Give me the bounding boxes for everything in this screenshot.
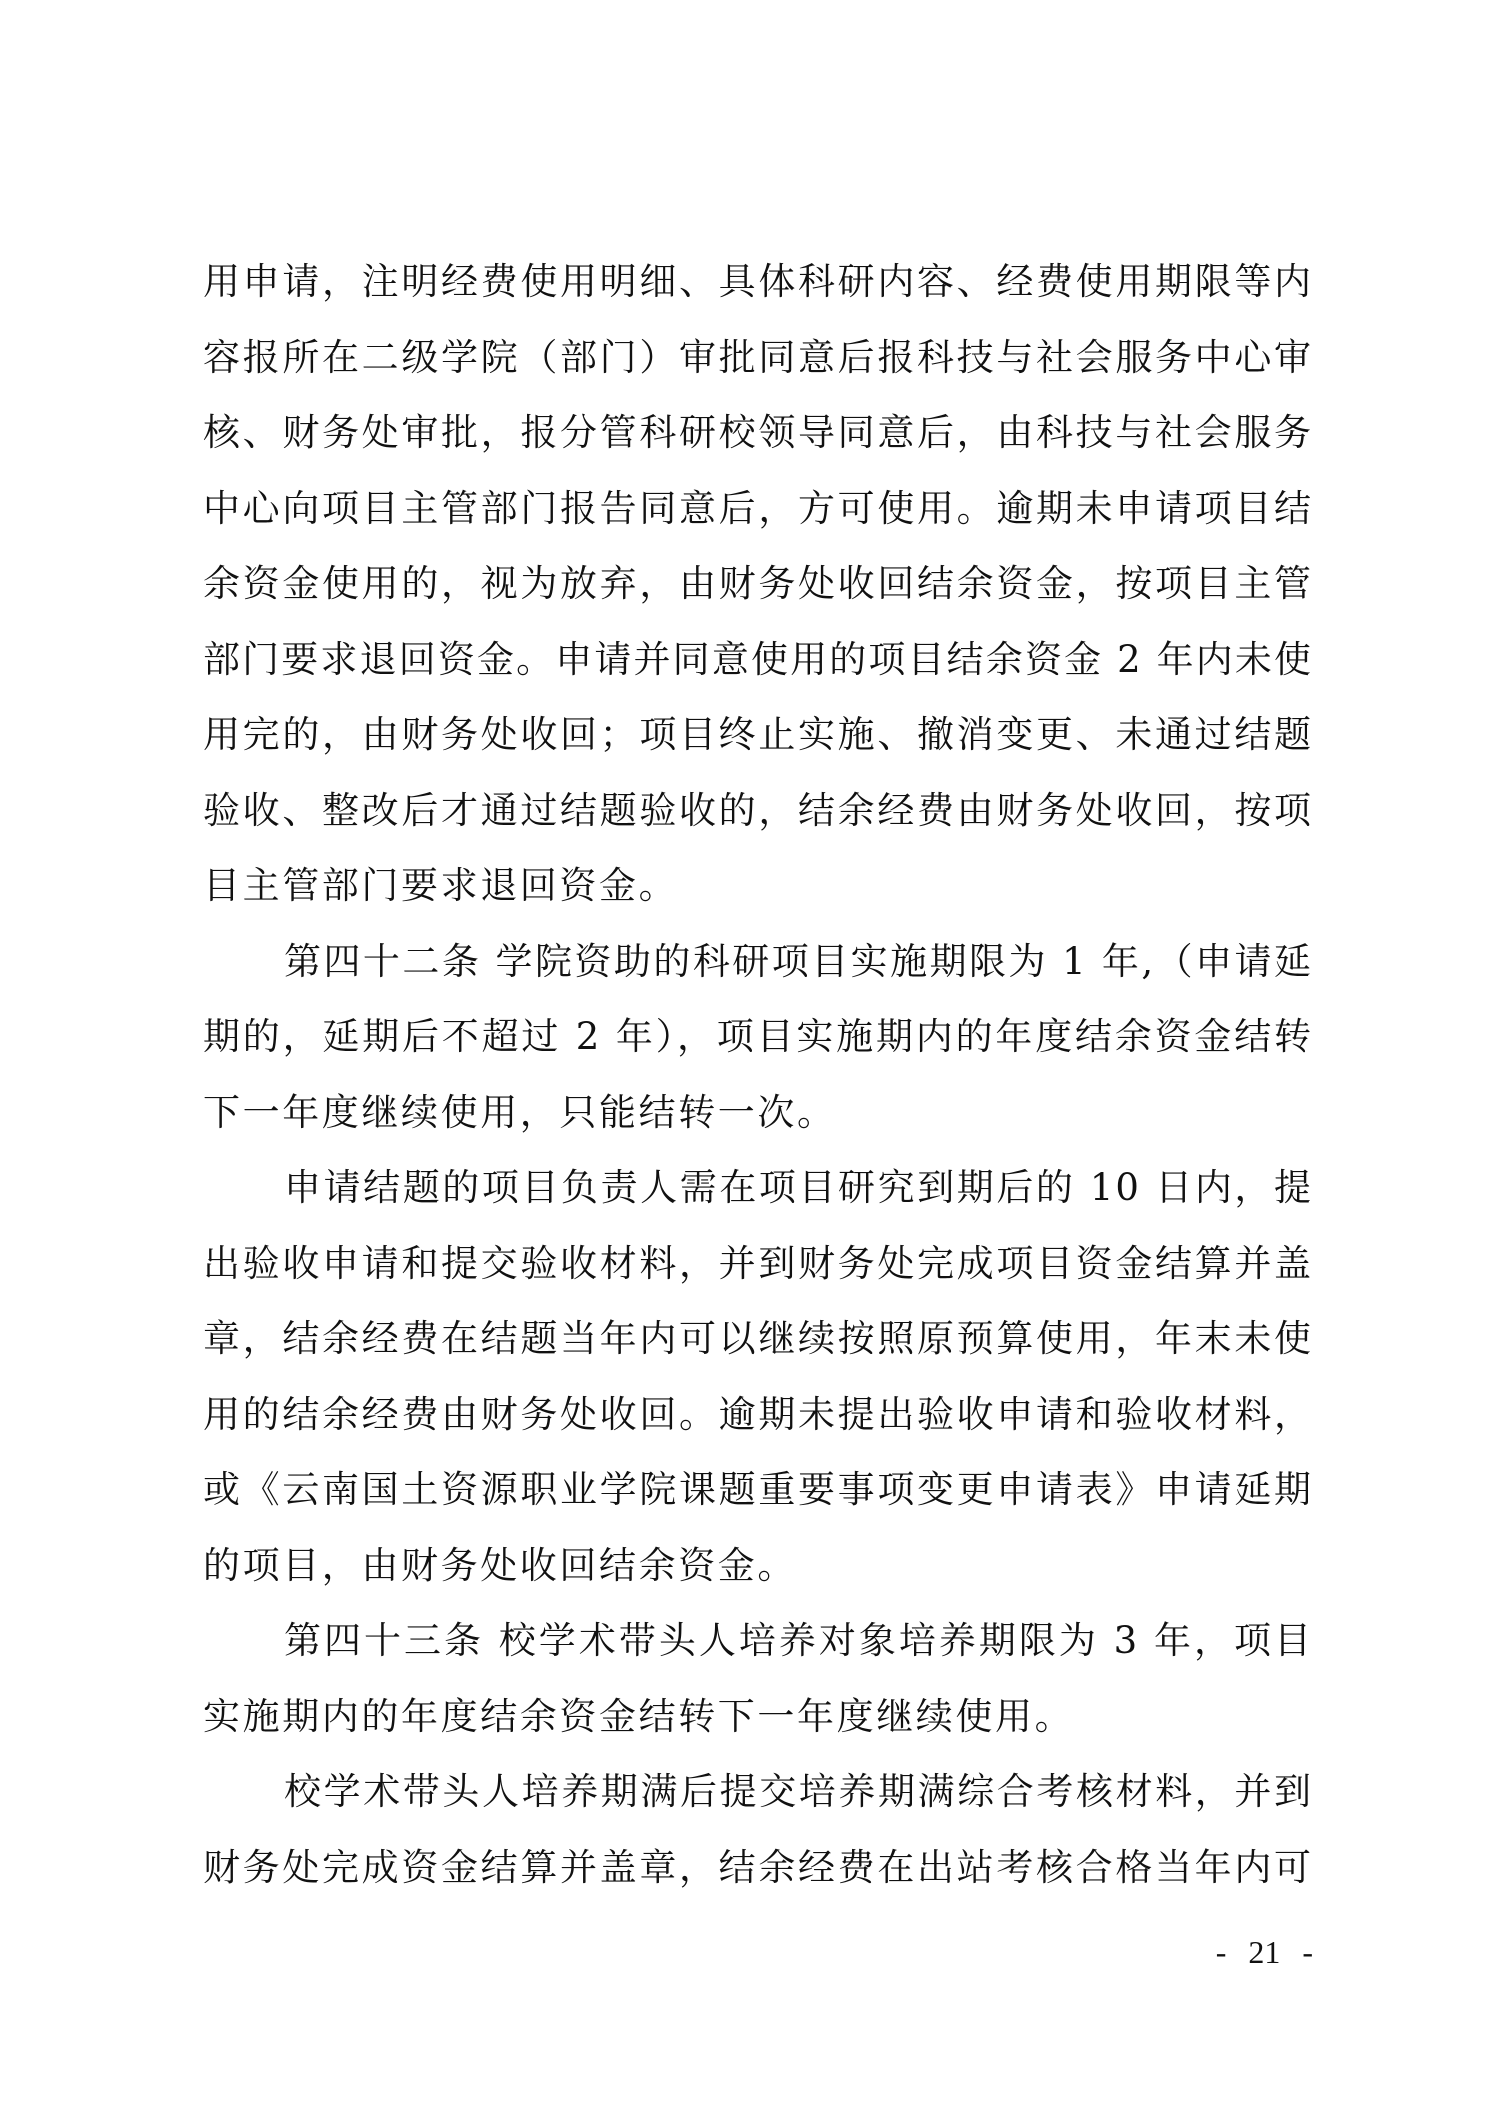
text-line: 的项目，由财务处收回结余资金。 [203, 1528, 1313, 1604]
paragraph-article-43: 第四十三条 校学术带头人培养对象培养期限为 3 年，项目 实施期内的年度结余资金… [203, 1603, 1313, 1754]
text-line: 申请结题的项目负责人需在项目研究到期后的 10 日内，提 [203, 1150, 1313, 1226]
text-line: 用申请，注明经费使用明细、具体科研内容、经费使用期限等内 [203, 244, 1313, 320]
text-line: 容报所在二级学院（部门）审批同意后报科技与社会服务中心审 [203, 320, 1313, 396]
text-line: 章，结余经费在结题当年内可以继续按照原预算使用，年末未使 [203, 1301, 1313, 1377]
page-number: - 21 - [1216, 1932, 1313, 1972]
paragraph-article-42: 第四十二条 学院资助的科研项目实施期限为 1 年,（申请延 期的，延期后不超过 … [203, 924, 1313, 1151]
text-line: 期的，延期后不超过 2 年），项目实施期内的年度结余资金结转 [203, 999, 1313, 1075]
text-line: 余资金使用的，视为放弃，由财务处收回结余资金，按项目主管 [203, 546, 1313, 622]
text-line: 用完的，由财务处收回；项目终止实施、撤消变更、未通过结题 [203, 697, 1313, 773]
document-page: 用申请，注明经费使用明细、具体科研内容、经费使用期限等内 容报所在二级学院（部门… [0, 0, 1500, 2121]
text-line: 部门要求退回资金。申请并同意使用的项目结余资金 2 年内未使 [203, 622, 1313, 698]
text-line: 出验收申请和提交验收材料，并到财务处完成项目资金结算并盖 [203, 1226, 1313, 1302]
text-line: 或《云南国土资源职业学院课题重要事项变更申请表》申请延期 [203, 1452, 1313, 1528]
text-line: 目主管部门要求退回资金。 [203, 848, 1313, 924]
text-line: 验收、整改后才通过结题验收的，结余经费由财务处收回，按项 [203, 773, 1313, 849]
text-line: 用的结余经费由财务处收回。逾期未提出验收申请和验收材料， [203, 1377, 1313, 1453]
text-line: 下一年度继续使用，只能结转一次。 [203, 1075, 1313, 1151]
body-text: 用申请，注明经费使用明细、具体科研内容、经费使用期限等内 容报所在二级学院（部门… [203, 244, 1313, 1905]
text-line: 财务处完成资金结算并盖章，结余经费在出站考核合格当年内可 [203, 1830, 1313, 1906]
paragraph-project-closure: 申请结题的项目负责人需在项目研究到期后的 10 日内，提 出验收申请和提交验收材… [203, 1150, 1313, 1603]
text-line: 第四十三条 校学术带头人培养对象培养期限为 3 年，项目 [203, 1603, 1313, 1679]
text-line: 中心向项目主管部门报告同意后，方可使用。逾期未申请项目结 [203, 471, 1313, 547]
text-line: 实施期内的年度结余资金结转下一年度继续使用。 [203, 1679, 1313, 1755]
text-line: 校学术带头人培养期满后提交培养期满综合考核材料，并到 [203, 1754, 1313, 1830]
paragraph-fund-usage-continuation: 用申请，注明经费使用明细、具体科研内容、经费使用期限等内 容报所在二级学院（部门… [203, 244, 1313, 924]
text-line: 第四十二条 学院资助的科研项目实施期限为 1 年,（申请延 [203, 924, 1313, 1000]
paragraph-academic-leader-settlement: 校学术带头人培养期满后提交培养期满综合考核材料，并到 财务处完成资金结算并盖章，… [203, 1754, 1313, 1905]
text-line: 核、财务处审批，报分管科研校领导同意后，由科技与社会服务 [203, 395, 1313, 471]
